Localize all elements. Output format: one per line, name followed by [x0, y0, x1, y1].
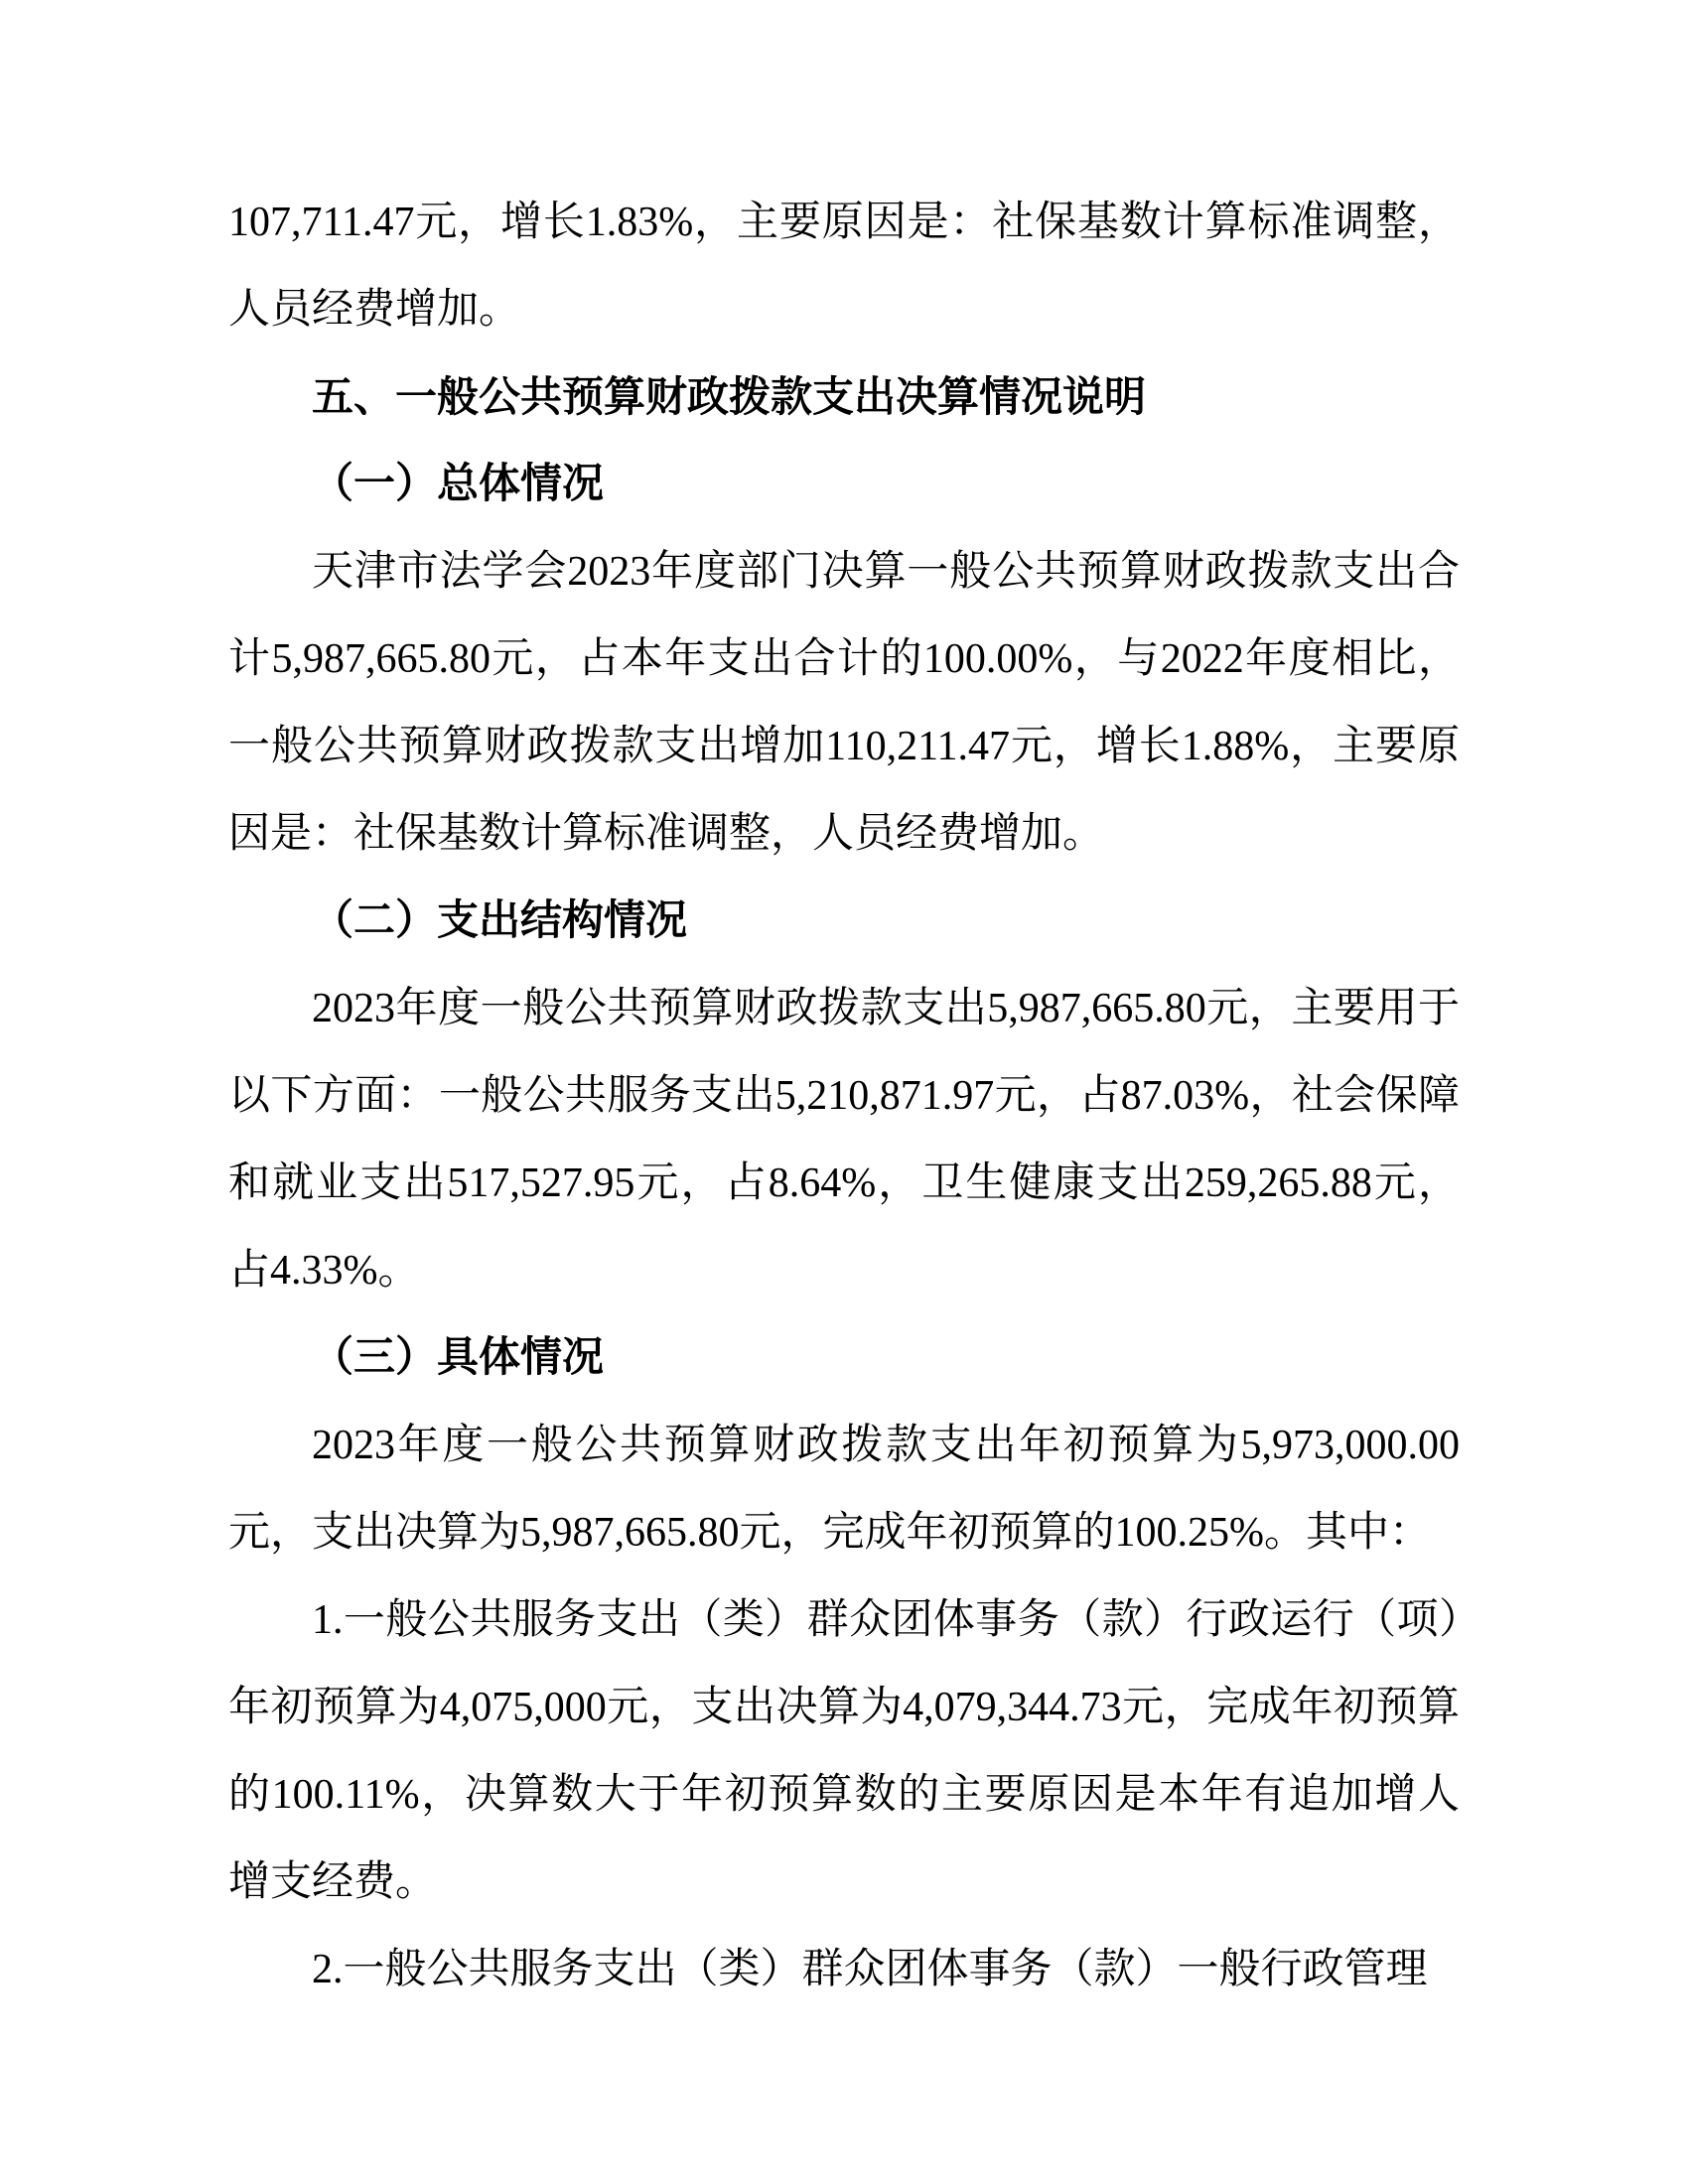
- section-heading-five-fiscal-appropriation-expenditure: 五、一般公共预算财政拨款支出决算情况说明: [228, 353, 1460, 441]
- subsection-heading-specific-situation: （三）具体情况: [228, 1314, 1460, 1402]
- paragraph-item-1-administrative-operation: 1.一般公共服务支出（类）群众团体事务（款）行政运行（项）年初预算为4,075,…: [228, 1576, 1460, 1926]
- document-page: 107,711.47元，增长1.83%，主要原因是：社保基数计算标准调整，人员经…: [0, 0, 1688, 2184]
- paragraph-specific-situation-intro: 2023年度一般公共预算财政拨款支出年初预算为5,973,000.00元，支出决…: [228, 1402, 1460, 1576]
- paragraph-carryover-reason: 107,711.47元，增长1.83%，主要原因是：社保基数计算标准调整，人员经…: [228, 179, 1460, 353]
- subsection-heading-expenditure-structure: （二）支出结构情况: [228, 878, 1460, 965]
- paragraph-overall-situation: 天津市法学会2023年度部门决算一般公共预算财政拨款支出合计5,987,665.…: [228, 528, 1460, 878]
- subsection-heading-overall-situation: （一）总体情况: [228, 441, 1460, 528]
- paragraph-item-2-general-administration: 2.一般公共服务支出（类）群众团体事务（款）一般行政管理: [228, 1926, 1460, 2013]
- paragraph-expenditure-structure: 2023年度一般公共预算财政拨款支出5,987,665.80元，主要用于以下方面…: [228, 965, 1460, 1314]
